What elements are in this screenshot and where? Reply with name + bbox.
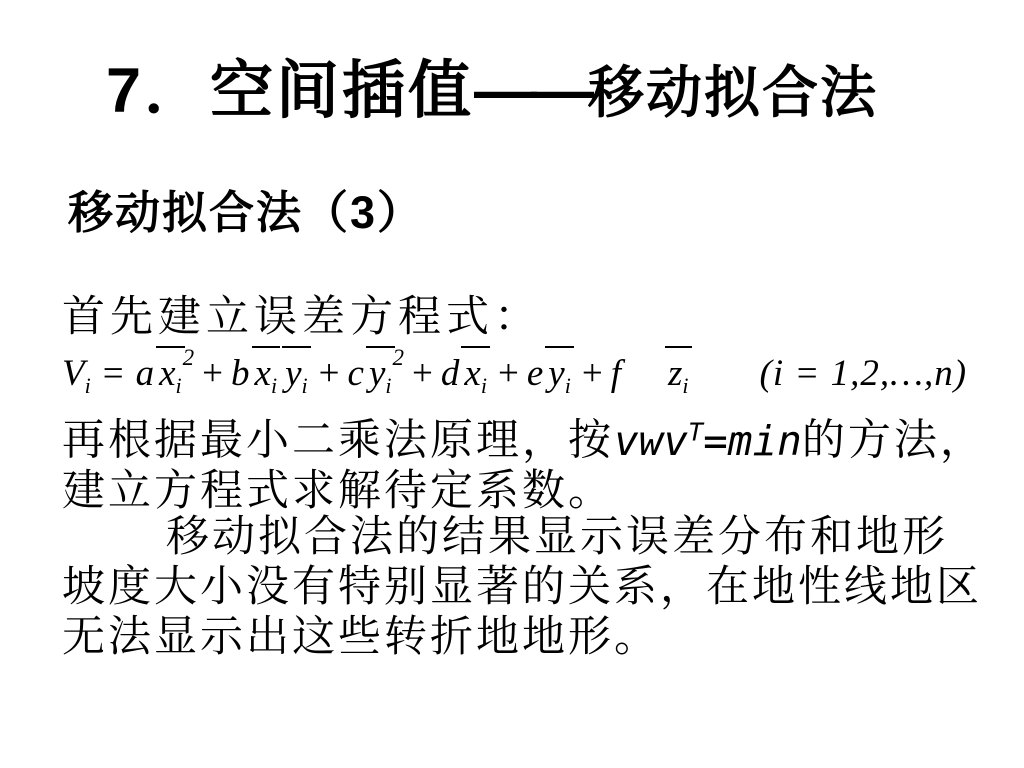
term-d: dxi (441, 353, 490, 394)
para3-line-1: 移动拟合法的结果显示误差分布和地形 (62, 513, 982, 563)
coef-c: c (348, 353, 364, 394)
overbar-x-i: xi (461, 346, 490, 397)
plus-operator: + (498, 353, 519, 394)
coef-d: d (441, 353, 460, 394)
overbar-y-i: yi (282, 346, 311, 397)
term-b: bxiyi (231, 353, 311, 394)
subscript-i: i (85, 373, 91, 398)
slide-subtitle: 移动拟合法（3） (68, 176, 424, 241)
para2-line2: 建立方程式求解待定系数。 (62, 467, 986, 517)
paragraph-least-squares: 再根据最小二乘法原理，按vwvT=min的方法， 建立方程式求解待定系数。 (62, 407, 986, 517)
overbar-y-i: yi (545, 346, 574, 397)
term-e: eyi (527, 353, 574, 394)
coef-a: a (136, 353, 155, 394)
overbar-x-i: xi (156, 346, 185, 397)
para2-text-pre: 再根据最小二乘法原理，按 (62, 418, 614, 465)
para3-line-2: 坡度大小没有特别显著的关系，在地性线地区 (62, 563, 982, 613)
formula-index-condition: (i = 1,2,…,n) (760, 353, 968, 394)
para2-text-post: 的方法， (802, 418, 986, 465)
paragraph-result: 移动拟合法的结果显示误差分布和地形 坡度大小没有特别显著的关系，在地性线地区 无… (62, 513, 982, 663)
plus-operator: + (319, 353, 340, 394)
superscript-2: 2 (393, 346, 405, 369)
title-dash: —— (474, 56, 588, 126)
overbar-x-i: xi (252, 346, 281, 397)
title-number-and-topic: 7．空间插值 (106, 56, 474, 126)
para2-line1: 再根据最小二乘法原理，按vwvT=min的方法， (62, 407, 986, 467)
math-vwvt-min: vwvT=min (614, 417, 802, 465)
superscript-T: T (688, 417, 703, 446)
formula-lhs: Vi (62, 353, 91, 394)
coef-b: b (231, 353, 250, 394)
para3-line-3: 无法显示出这些转折地地形。 (62, 613, 982, 663)
term-a: axi2 (136, 353, 195, 394)
coef-f: f (611, 353, 621, 394)
intro-text: 首先建立误差方程式： (62, 283, 542, 344)
equals-sign: = (103, 353, 124, 394)
title-method-name: 移动拟合法 (588, 61, 878, 124)
term-z: zi (663, 353, 692, 394)
overbar-y-i: yi (366, 346, 395, 397)
plus-operator: + (412, 353, 433, 394)
superscript-2: 2 (183, 346, 195, 369)
plus-operator: + (202, 353, 223, 394)
term-c: cyi2 (348, 353, 405, 394)
plus-operator: + (582, 353, 603, 394)
overbar-z-i: zi (665, 346, 692, 397)
error-equation: Vi=axi2+bxiyi+cyi2+dxi+eyi+fzi(i = 1,2,…… (62, 346, 967, 399)
slide-title: 7．空间插值——移动拟合法 (106, 40, 878, 131)
coef-e: e (527, 353, 543, 394)
slide: 7．空间插值——移动拟合法 移动拟合法（3） 首先建立误差方程式： Vi=axi… (0, 0, 1024, 768)
